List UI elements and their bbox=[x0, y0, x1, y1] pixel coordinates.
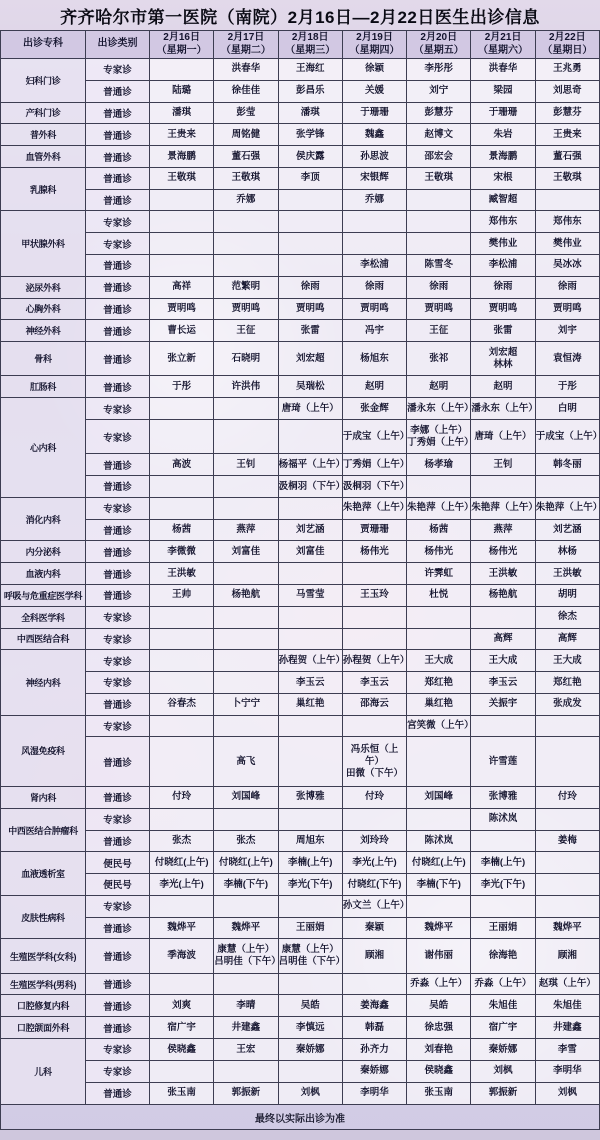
day-cell bbox=[471, 895, 535, 917]
type-cell: 专家诊 bbox=[86, 211, 150, 233]
day-cell: 李光(上午) bbox=[342, 852, 406, 874]
day-cell bbox=[342, 606, 406, 628]
column-header: 2月18日 （星期三） bbox=[278, 31, 342, 59]
day-cell bbox=[150, 737, 214, 787]
day-cell: 康慧（上午） 吕明佳（下午） bbox=[214, 939, 278, 973]
dept-cell: 呼吸与危重症医学科 bbox=[1, 584, 86, 606]
dept-cell: 神经外科 bbox=[1, 320, 86, 342]
day-cell bbox=[150, 650, 214, 672]
table-row: 骨科普通诊张立新石晓明刘宏超杨旭东张祁刘宏超 林林袁恒涛 bbox=[1, 342, 600, 376]
day-cell bbox=[150, 672, 214, 694]
day-cell bbox=[214, 255, 278, 277]
dept-cell: 心内科 bbox=[1, 398, 86, 498]
day-cell: 赵明 bbox=[471, 376, 535, 398]
day-cell bbox=[278, 628, 342, 650]
day-cell bbox=[342, 808, 406, 830]
dept-cell: 中西医结合肿瘤科 bbox=[1, 808, 86, 852]
day-cell: 徐忠强 bbox=[407, 1017, 471, 1039]
day-cell: 朱艳萍（上午） bbox=[471, 497, 535, 519]
day-cell: 高波 bbox=[150, 454, 214, 476]
day-cell bbox=[407, 606, 471, 628]
day-cell: 杨艳航 bbox=[471, 584, 535, 606]
day-cell: 郑伟东 bbox=[471, 211, 535, 233]
day-cell bbox=[150, 606, 214, 628]
table-row: 皮肤性病科专家诊孙文兰（上午） bbox=[1, 895, 600, 917]
dept-cell: 肾内科 bbox=[1, 786, 86, 808]
day-cell: 徐雨 bbox=[471, 276, 535, 298]
column-header: 出诊专科 bbox=[1, 31, 86, 59]
day-cell: 刘宏超 bbox=[278, 342, 342, 376]
day-cell bbox=[278, 973, 342, 995]
type-cell: 普通诊 bbox=[86, 786, 150, 808]
day-cell: 景海鹏 bbox=[471, 146, 535, 168]
day-cell: 赵明 bbox=[407, 376, 471, 398]
day-cell: 李松浦 bbox=[471, 255, 535, 277]
table-row: 普通诊汲桐羽（下午）汲桐羽（下午） bbox=[1, 476, 600, 498]
day-cell: 付晓红(下午) bbox=[342, 874, 406, 896]
day-cell bbox=[535, 895, 599, 917]
day-cell: 周旭东 bbox=[278, 830, 342, 852]
day-cell: 乔淼（上午） bbox=[471, 973, 535, 995]
type-cell: 普通诊 bbox=[86, 737, 150, 787]
day-cell: 王敬琪 bbox=[407, 167, 471, 189]
day-cell: 张玉南 bbox=[150, 1082, 214, 1104]
day-cell: 秦娇娜 bbox=[278, 1039, 342, 1061]
day-cell: 李玉云 bbox=[278, 672, 342, 694]
day-cell: 张博雅 bbox=[471, 786, 535, 808]
day-cell: 吴皓 bbox=[407, 995, 471, 1017]
day-cell: 李楠(上午) bbox=[471, 852, 535, 874]
day-cell: 杜悦 bbox=[407, 584, 471, 606]
type-cell: 普通诊 bbox=[86, 995, 150, 1017]
day-cell: 潘琪 bbox=[150, 102, 214, 124]
day-cell: 乔淼（上午） bbox=[407, 973, 471, 995]
day-cell: 杨伟光 bbox=[407, 541, 471, 563]
day-cell: 赵琪（上午） bbox=[535, 973, 599, 995]
day-cell: 刘国峰 bbox=[407, 786, 471, 808]
day-cell: 井建鑫 bbox=[214, 1017, 278, 1039]
day-cell: 徐雨 bbox=[407, 276, 471, 298]
day-cell: 王海红 bbox=[278, 59, 342, 81]
type-cell: 专家诊 bbox=[86, 59, 150, 81]
day-cell: 于成宝（上午） bbox=[535, 420, 599, 454]
day-cell: 张成发 bbox=[535, 693, 599, 715]
type-cell: 普通诊 bbox=[86, 519, 150, 541]
day-cell: 顾湘 bbox=[342, 939, 406, 973]
day-cell: 贾明鸣 bbox=[214, 298, 278, 320]
table-row: 普通诊乔娜乔娜臧智超 bbox=[1, 189, 600, 211]
type-cell: 普通诊 bbox=[86, 693, 150, 715]
day-cell bbox=[278, 895, 342, 917]
day-cell: 杨福平（上午） bbox=[278, 454, 342, 476]
day-cell: 王帅 bbox=[150, 584, 214, 606]
day-cell: 吴皓 bbox=[278, 995, 342, 1017]
day-cell: 孙齐力 bbox=[342, 1039, 406, 1061]
day-cell bbox=[214, 808, 278, 830]
day-cell: 邵海云 bbox=[342, 693, 406, 715]
day-cell: 张玉南 bbox=[407, 1082, 471, 1104]
table-row: 普通诊魏烨平魏烨平王丽娟秦颖魏烨平王丽娟魏烨平 bbox=[1, 917, 600, 939]
day-cell: 胡明 bbox=[535, 584, 599, 606]
day-cell: 付晓红(上午) bbox=[407, 852, 471, 874]
day-cell: 林杨 bbox=[535, 541, 599, 563]
day-cell: 彭慧芬 bbox=[407, 102, 471, 124]
day-cell: 高辉 bbox=[471, 628, 535, 650]
dept-cell: 泌尿外科 bbox=[1, 276, 86, 298]
type-cell: 专家诊 bbox=[86, 1060, 150, 1082]
day-cell bbox=[150, 808, 214, 830]
dept-cell: 内分泌科 bbox=[1, 541, 86, 563]
day-cell: 朱艳萍（上午） bbox=[535, 497, 599, 519]
day-cell: 樊伟业 bbox=[471, 233, 535, 255]
day-cell: 韩冬丽 bbox=[535, 454, 599, 476]
table-row: 便民号李光(上午)李楠(下午)李光(下午)付晓红(下午)李楠(下午)李光(下午) bbox=[1, 874, 600, 896]
day-cell: 巢红艳 bbox=[278, 693, 342, 715]
table-row: 心胸外科普通诊贾明鸣贾明鸣贾明鸣贾明鸣贾明鸣贾明鸣贾明鸣 bbox=[1, 298, 600, 320]
table-header: 出诊专科出诊类别2月16日 （星期一）2月17日 （星期二）2月18日 （星期三… bbox=[1, 31, 600, 59]
dept-cell: 妇科门诊 bbox=[1, 59, 86, 103]
table-row: 肛肠科普通诊于彤许洪伟吴瑞松赵明赵明赵明于彤 bbox=[1, 376, 600, 398]
day-cell: 李顶 bbox=[278, 167, 342, 189]
day-cell: 高祥 bbox=[150, 276, 214, 298]
day-cell: 徐佳佳 bbox=[214, 80, 278, 102]
day-cell: 王宏 bbox=[214, 1039, 278, 1061]
day-cell: 樊伟业 bbox=[535, 233, 599, 255]
type-cell: 普通诊 bbox=[86, 1082, 150, 1104]
day-cell: 孙思波 bbox=[342, 146, 406, 168]
day-cell: 于彤 bbox=[535, 376, 599, 398]
dept-cell: 血管外科 bbox=[1, 146, 86, 168]
day-cell: 贾明鸣 bbox=[471, 298, 535, 320]
type-cell: 专家诊 bbox=[86, 398, 150, 420]
day-cell: 王大成 bbox=[407, 650, 471, 672]
day-cell bbox=[278, 715, 342, 737]
day-cell: 魏烨平 bbox=[214, 917, 278, 939]
day-cell: 董石强 bbox=[214, 146, 278, 168]
day-cell: 贾明鸣 bbox=[407, 298, 471, 320]
column-header: 2月16日 （星期一） bbox=[150, 31, 214, 59]
day-cell: 高辉 bbox=[535, 628, 599, 650]
table-row: 普外科普通诊王贵来周铭健张学锋魏鑫赵博文朱岩王贵来 bbox=[1, 124, 600, 146]
type-cell: 普通诊 bbox=[86, 320, 150, 342]
day-cell bbox=[214, 628, 278, 650]
day-cell bbox=[407, 628, 471, 650]
dept-cell: 普外科 bbox=[1, 124, 86, 146]
day-cell bbox=[278, 563, 342, 585]
day-cell: 王大成 bbox=[535, 650, 599, 672]
type-cell: 普通诊 bbox=[86, 939, 150, 973]
table-row: 普通诊杨茜燕萍刘艺涵贾珊珊杨茜燕萍刘艺涵 bbox=[1, 519, 600, 541]
day-cell bbox=[150, 715, 214, 737]
day-cell: 刘枫 bbox=[471, 1060, 535, 1082]
type-cell: 普通诊 bbox=[86, 276, 150, 298]
day-cell bbox=[150, 476, 214, 498]
day-cell: 白明 bbox=[535, 398, 599, 420]
table-row: 中西医结合科专家诊高辉高辉 bbox=[1, 628, 600, 650]
day-cell: 徐雨 bbox=[535, 276, 599, 298]
day-cell: 张学锋 bbox=[278, 124, 342, 146]
day-cell: 李楠(下午) bbox=[214, 874, 278, 896]
dept-cell: 口腔修复内科 bbox=[1, 995, 86, 1017]
type-cell: 专家诊 bbox=[86, 628, 150, 650]
type-cell: 专家诊 bbox=[86, 1039, 150, 1061]
day-cell: 侯晓鑫 bbox=[150, 1039, 214, 1061]
type-cell: 普通诊 bbox=[86, 476, 150, 498]
day-cell: 侯晓鑫 bbox=[407, 1060, 471, 1082]
table-row: 专家诊樊伟业樊伟业 bbox=[1, 233, 600, 255]
table-row: 神经外科普通诊曹长运王征张雷冯宇王征张雷刘宇 bbox=[1, 320, 600, 342]
day-cell: 吴冰冰 bbox=[535, 255, 599, 277]
day-cell bbox=[407, 233, 471, 255]
day-cell: 王钊 bbox=[214, 454, 278, 476]
table-row: 普通诊高波王钊杨福平（上午）丁秀娟（上午）杨孝瑜王钊韩冬丽 bbox=[1, 454, 600, 476]
table-row: 肾内科普通诊付玲刘国峰张博雅付玲刘国峰张博雅付玲 bbox=[1, 786, 600, 808]
day-cell: 王贵来 bbox=[535, 124, 599, 146]
day-cell bbox=[150, 255, 214, 277]
day-cell: 潘永东（上午） bbox=[471, 398, 535, 420]
day-cell bbox=[150, 420, 214, 454]
column-header: 出诊类别 bbox=[86, 31, 150, 59]
day-cell: 付晓红(上午) bbox=[214, 852, 278, 874]
dept-cell: 消化内科 bbox=[1, 497, 86, 541]
day-cell bbox=[535, 737, 599, 787]
day-cell: 王大成 bbox=[471, 650, 535, 672]
day-cell: 燕萍 bbox=[471, 519, 535, 541]
dept-cell: 肛肠科 bbox=[1, 376, 86, 398]
day-cell: 徐海艳 bbox=[471, 939, 535, 973]
day-cell: 刘爽 bbox=[150, 995, 214, 1017]
day-cell: 杨茜 bbox=[150, 519, 214, 541]
day-cell bbox=[150, 59, 214, 81]
table-row: 普通诊张杰张杰周旭东刘玲玲陈沭岚姜梅 bbox=[1, 830, 600, 852]
day-cell bbox=[214, 1060, 278, 1082]
table-row: 全科医学科专家诊徐杰 bbox=[1, 606, 600, 628]
dept-cell: 全科医学科 bbox=[1, 606, 86, 628]
day-cell: 高飞 bbox=[214, 737, 278, 787]
day-cell: 李明华 bbox=[535, 1060, 599, 1082]
day-cell: 王洪敏 bbox=[471, 563, 535, 585]
table-row: 产科门诊普通诊潘琪彭莹潘琪于珊珊彭慧芬于珊珊彭慧芬 bbox=[1, 102, 600, 124]
day-cell bbox=[150, 233, 214, 255]
type-cell: 普通诊 bbox=[86, 298, 150, 320]
day-cell: 王敬琪 bbox=[535, 167, 599, 189]
day-cell: 徐雨 bbox=[342, 276, 406, 298]
type-cell: 普通诊 bbox=[86, 917, 150, 939]
table-row: 普通诊谷春杰卜宁宁巢红艳邵海云巢红艳关振宇张成发 bbox=[1, 693, 600, 715]
day-cell: 朱艳萍（上午） bbox=[342, 497, 406, 519]
type-cell: 普通诊 bbox=[86, 146, 150, 168]
type-cell: 专家诊 bbox=[86, 650, 150, 672]
day-cell: 赵明 bbox=[342, 376, 406, 398]
day-cell: 贾明鸣 bbox=[278, 298, 342, 320]
day-cell: 刘宏超 林林 bbox=[471, 342, 535, 376]
table-row: 妇科门诊专家诊洪春华王海红徐颖李彤彤洪春华王兆勇 bbox=[1, 59, 600, 81]
column-header: 2月17日 （星期二） bbox=[214, 31, 278, 59]
day-cell: 乔娜 bbox=[342, 189, 406, 211]
day-cell: 于珊珊 bbox=[342, 102, 406, 124]
day-cell: 王兆勇 bbox=[535, 59, 599, 81]
day-cell: 李松浦 bbox=[342, 255, 406, 277]
day-cell bbox=[214, 211, 278, 233]
day-cell: 郑伟东 bbox=[535, 211, 599, 233]
day-cell bbox=[214, 398, 278, 420]
day-cell: 李明华 bbox=[342, 1082, 406, 1104]
day-cell: 吴瑞松 bbox=[278, 376, 342, 398]
day-cell: 刘宇 bbox=[535, 320, 599, 342]
day-cell: 魏烨平 bbox=[535, 917, 599, 939]
table-row: 儿科专家诊侯晓鑫王宏秦娇娜孙齐力刘春艳秦娇娜李雪 bbox=[1, 1039, 600, 1061]
table-row: 专家诊于成宝（上午）李娜（上午） 丁秀娟（上午）唐琦（上午）于成宝（上午） bbox=[1, 420, 600, 454]
day-cell: 梁园 bbox=[471, 80, 535, 102]
day-cell bbox=[150, 211, 214, 233]
dept-cell: 皮肤性病科 bbox=[1, 895, 86, 939]
day-cell bbox=[471, 715, 535, 737]
day-cell: 刘国峰 bbox=[214, 786, 278, 808]
day-cell: 贾明鸣 bbox=[535, 298, 599, 320]
type-cell: 便民号 bbox=[86, 852, 150, 874]
day-cell: 季海波 bbox=[150, 939, 214, 973]
dept-cell: 骨科 bbox=[1, 342, 86, 376]
day-cell bbox=[214, 476, 278, 498]
day-cell bbox=[535, 852, 599, 874]
type-cell: 普通诊 bbox=[86, 376, 150, 398]
day-cell: 赵博文 bbox=[407, 124, 471, 146]
day-cell: 彭昌乐 bbox=[278, 80, 342, 102]
day-cell: 宿广宇 bbox=[471, 1017, 535, 1039]
day-cell: 李玉云 bbox=[471, 672, 535, 694]
type-cell: 普通诊 bbox=[86, 342, 150, 376]
day-cell: 杨孝瑜 bbox=[407, 454, 471, 476]
day-cell: 潘永东（上午） bbox=[407, 398, 471, 420]
day-cell: 张雷 bbox=[471, 320, 535, 342]
day-cell: 侯庆露 bbox=[278, 146, 342, 168]
day-cell: 李楠(上午) bbox=[278, 852, 342, 874]
day-cell: 袁恒涛 bbox=[535, 342, 599, 376]
day-cell: 杨茜 bbox=[407, 519, 471, 541]
day-cell: 井建鑫 bbox=[535, 1017, 599, 1039]
day-cell: 王洪敏 bbox=[150, 563, 214, 585]
day-cell: 徐雨 bbox=[278, 276, 342, 298]
page-title: 齐齐哈尔市第一医院（南院）2月16日—2月22日医生出诊信息 bbox=[0, 0, 600, 30]
dept-cell: 心胸外科 bbox=[1, 298, 86, 320]
table-row: 乳腺科普通诊王敬琪王敬琪李顶宋银辉王敬琪宋根王敬琪 bbox=[1, 167, 600, 189]
day-cell bbox=[278, 211, 342, 233]
day-cell: 刘思奇 bbox=[535, 80, 599, 102]
table-row: 普通诊高飞冯乐恒（上午） 田微（下午）许雪莲 bbox=[1, 737, 600, 787]
type-cell: 普通诊 bbox=[86, 563, 150, 585]
dept-cell: 生殖医学科(男科) bbox=[1, 973, 86, 995]
day-cell bbox=[535, 476, 599, 498]
day-cell: 巢红艳 bbox=[407, 693, 471, 715]
day-cell bbox=[342, 628, 406, 650]
table-row: 血液透析室便民号付晓红(上午)付晓红(上午)李楠(上午)李光(上午)付晓红(上午… bbox=[1, 852, 600, 874]
day-cell bbox=[471, 606, 535, 628]
day-cell bbox=[342, 715, 406, 737]
day-cell: 李晴 bbox=[214, 995, 278, 1017]
day-cell: 曹长运 bbox=[150, 320, 214, 342]
dept-cell: 乳腺科 bbox=[1, 167, 86, 211]
table-row: 专家诊秦娇娜侯晓鑫刘枫李明华 bbox=[1, 1060, 600, 1082]
day-cell bbox=[214, 497, 278, 519]
day-cell: 杨旭东 bbox=[342, 342, 406, 376]
day-cell: 冯宇 bbox=[342, 320, 406, 342]
day-cell: 宿广宇 bbox=[150, 1017, 214, 1039]
dept-cell: 血液内科 bbox=[1, 563, 86, 585]
type-cell: 普通诊 bbox=[86, 973, 150, 995]
day-cell: 王征 bbox=[407, 320, 471, 342]
day-cell bbox=[535, 808, 599, 830]
type-cell: 普通诊 bbox=[86, 830, 150, 852]
day-cell: 顾湘 bbox=[535, 939, 599, 973]
day-cell: 刘春艳 bbox=[407, 1039, 471, 1061]
day-cell bbox=[214, 895, 278, 917]
day-cell: 刘艺涵 bbox=[278, 519, 342, 541]
day-cell bbox=[278, 233, 342, 255]
table-body: 妇科门诊专家诊洪春华王海红徐颖李彤彤洪春华王兆勇普通诊陆璐徐佳佳彭昌乐关媛刘宁梁… bbox=[1, 59, 600, 1130]
day-cell: 李彤彤 bbox=[407, 59, 471, 81]
column-header: 2月20日 （星期五） bbox=[407, 31, 471, 59]
day-cell: 陈沭岚 bbox=[471, 808, 535, 830]
day-cell bbox=[407, 476, 471, 498]
type-cell: 普通诊 bbox=[86, 167, 150, 189]
day-cell: 陆璐 bbox=[150, 80, 214, 102]
day-cell bbox=[471, 830, 535, 852]
day-cell: 洪春华 bbox=[214, 59, 278, 81]
type-cell: 普通诊 bbox=[86, 1017, 150, 1039]
type-cell: 专家诊 bbox=[86, 672, 150, 694]
day-cell: 姜海鑫 bbox=[342, 995, 406, 1017]
day-cell: 谢伟丽 bbox=[407, 939, 471, 973]
day-cell: 杨伟光 bbox=[342, 541, 406, 563]
day-cell: 秦娇娜 bbox=[471, 1039, 535, 1061]
table-row: 中西医结合肿瘤科专家诊陈沭岚 bbox=[1, 808, 600, 830]
day-cell: 秦娇娜 bbox=[342, 1060, 406, 1082]
day-cell: 李娜（上午） 丁秀娟（上午） bbox=[407, 420, 471, 454]
day-cell: 于珊珊 bbox=[471, 102, 535, 124]
dept-cell: 神经内科 bbox=[1, 650, 86, 715]
day-cell bbox=[407, 895, 471, 917]
day-cell: 燕萍 bbox=[214, 519, 278, 541]
day-cell: 李光(下午) bbox=[471, 874, 535, 896]
type-cell: 普通诊 bbox=[86, 80, 150, 102]
day-cell: 朱旭佳 bbox=[471, 995, 535, 1017]
day-cell: 付晓红(上午) bbox=[150, 852, 214, 874]
day-cell: 姜梅 bbox=[535, 830, 599, 852]
day-cell: 彭慧芬 bbox=[535, 102, 599, 124]
day-cell: 乔娜 bbox=[214, 189, 278, 211]
table-row: 生殖医学科(男科)普通诊乔淼（上午）乔淼（上午）赵琪（上午） bbox=[1, 973, 600, 995]
day-cell: 景海鹏 bbox=[150, 146, 214, 168]
day-cell bbox=[278, 255, 342, 277]
day-cell: 韩磊 bbox=[342, 1017, 406, 1039]
day-cell: 王玉玲 bbox=[342, 584, 406, 606]
day-cell: 朱艳萍（上午） bbox=[407, 497, 471, 519]
day-cell bbox=[214, 715, 278, 737]
day-cell: 李光(下午) bbox=[278, 874, 342, 896]
day-cell bbox=[214, 606, 278, 628]
day-cell: 许雪莲 bbox=[471, 737, 535, 787]
type-cell: 普通诊 bbox=[86, 255, 150, 277]
day-cell: 王洪敏 bbox=[535, 563, 599, 585]
day-cell: 马雪莹 bbox=[278, 584, 342, 606]
day-cell: 郑红艳 bbox=[407, 672, 471, 694]
table-row: 普通诊张玉南郭振新刘枫李明华张玉南郭振新刘枫 bbox=[1, 1082, 600, 1104]
dept-cell: 风湿免疫科 bbox=[1, 715, 86, 786]
day-cell bbox=[150, 398, 214, 420]
day-cell bbox=[214, 672, 278, 694]
dept-cell: 产科门诊 bbox=[1, 102, 86, 124]
table-row: 泌尿外科普通诊高祥范繁明徐雨徐雨徐雨徐雨徐雨 bbox=[1, 276, 600, 298]
